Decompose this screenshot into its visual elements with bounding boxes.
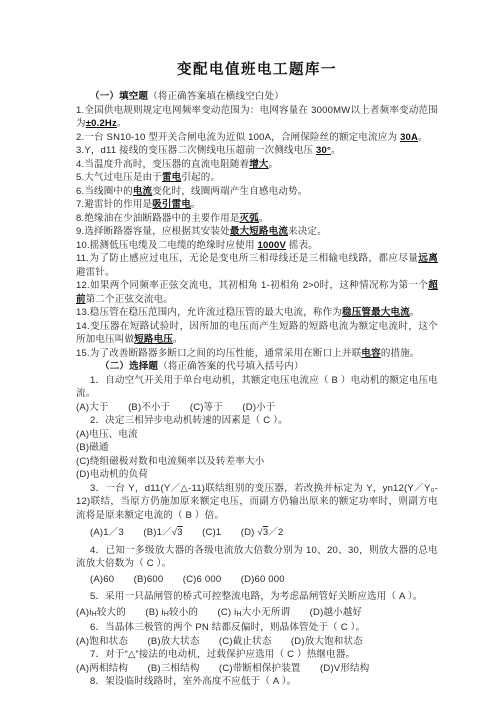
text-segment: 15.为了改善断路器多断口之间的均压性能，通常采用在断口上并联 <box>76 348 361 359</box>
text-segment: (A)60 (B)600 (C)6 000 (D)60 000 <box>90 574 285 585</box>
document-page: 变配电值班电工题库一 （一）填空题（将正确答案填在横线空白处）1.全国供电规则规… <box>0 0 500 707</box>
text-line: 9.选择断路器容量，应根据其安装处最大短路电流来决定。 <box>76 225 438 239</box>
text-segment: 3.Y，d11 接线的变压器二次侧线电压超前一次侧线电压 <box>76 145 316 156</box>
text-line: 12.如果两个同频率正弦交流电，其初相角 1-初相角 2>0时，这种情况称为第一… <box>76 279 438 306</box>
text-line: 5.大气过电压是由于雷电引起的。 <box>76 171 438 185</box>
text-line: 8.绝缘油在少油断路器中的主要作用是灭弧。 <box>76 212 438 226</box>
text-line: 15.为了改善断路器多断口之间的均压性能，通常采用在断口上并联电容的措施。 <box>76 347 438 361</box>
text-segment: (A)电压、电流 <box>76 429 138 440</box>
text-line: 7.避雷针的作用是吸引雷电。 <box>76 198 438 212</box>
text-line: 6．当晶体三极管的两个 PN 结都反偏时，则晶体管处于（ C ）。 <box>76 621 438 635</box>
text-segment: （将正确答案填在横线空白处） <box>148 91 284 102</box>
text-line: 1．自动空气开关用于单台电动机，其额定电压电流应（ B ）电动机的额定电压电流。 <box>76 374 438 401</box>
text-segment: 。 <box>410 307 420 318</box>
text-segment: 。 <box>331 145 341 156</box>
text-line: 11.为了防止感应过电压，无论是变电所三相母线还是三相输电线路，都应尽量远离避雷… <box>76 252 438 279</box>
text-line: (A)大于 (B)不小于 (C)等于 (D)小于 <box>76 401 438 415</box>
text-segment: (D)电动机的负荷 <box>76 469 148 480</box>
text-segment: 第二个正弦交流电。 <box>86 294 173 305</box>
text-line: 2．决定三相异步电动机转速的因素是（ C ）。 <box>76 414 438 428</box>
page-title: 变配电值班电工题库一 <box>76 58 438 79</box>
answer-text: 电容 <box>361 348 380 359</box>
section-multiple-choice: （二）选择题（将正确答案的代号填入括号内）1．自动空气开关用于单台电动机，其额定… <box>76 360 438 689</box>
text-segment: 。 <box>259 213 269 224</box>
answer-text: 增大 <box>249 159 268 170</box>
text-line: 3．一台 Y，d11(Y／△-11)联结组别的变压器，若改换并标定为 Y，yn1… <box>76 482 438 523</box>
answer-text: 雷电 <box>162 172 181 183</box>
text-segment: 2．决定三相异步电动机转速的因素是（ C ）。 <box>90 415 288 426</box>
section-heading: （一）填空题（将正确答案填在横线空白处） <box>76 90 438 104</box>
text-line: (A)1／3 (B)1／√3 (C)1 (D) √3／2 <box>76 526 438 540</box>
text-line: (D)电动机的负荷 <box>76 468 438 482</box>
text-segment: 摇表。 <box>286 240 318 251</box>
text-segment: 4．已知一多级放大器的各级电流放大倍数分别为 10、20、30，则放大器的总电流… <box>76 545 438 570</box>
text-segment: 14.变压器在短路试验时，因所加的电压而产生短路的短路电流为额定电流时，这个所加… <box>76 321 438 346</box>
text-segment: (A)大于 (B)不小于 (C)等于 (D)小于 <box>76 402 276 413</box>
text-segment: 8.绝缘油在少油断路器中的主要作用是 <box>76 213 240 224</box>
text-line: 4．已知一多级放大器的各级电流放大倍数分别为 10、20、30，则放大器的总电流… <box>76 544 438 571</box>
text-segment: 6.当线圈中的 <box>76 186 133 197</box>
text-segment: 6．当晶体三极管的两个 PN 结都反偏时，则晶体管处于（ C ）。 <box>90 622 365 633</box>
text-segment: ／2 <box>268 527 283 538</box>
answer-text: 30° <box>316 145 331 156</box>
text-line: 6.当线圈中的电流变化时，线圈两端产生自感电动势。 <box>76 185 438 199</box>
text-line: 1.全国供电规则规定电网频率变动范围为：电网容量在 3000MW以上者频率变动范… <box>76 104 438 131</box>
text-segment: 。 <box>269 159 279 170</box>
text-line: 2.一台 SN10-10 型开关合闸电流为近似 100A，合闸保险丝的额定电流应… <box>76 131 438 145</box>
text-segment: 。 <box>191 199 201 210</box>
text-line: (A)60 (B)600 (C)6 000 (D)60 000 <box>76 573 438 587</box>
answer-text: 远离 <box>418 253 438 264</box>
text-segment: 1．自动空气开关用于单台电动机，其额定电压电流应（ B ）电动机的额定电压电流。 <box>76 375 438 400</box>
text-line: (A)两相结构 (B)三相结构 (C)带断相保护装置 (D)V形结构 <box>76 662 438 676</box>
text-segment: （将正确答案的代号填入括号内） <box>158 361 304 372</box>
text-segment: 1.全国供电规则规定电网频率变动范围为：电网容量在 3000MW以上者频率变动范… <box>76 105 438 130</box>
text-segment: 9.选择断路器容量，应根据其安装处 <box>76 226 230 237</box>
text-line: 3.Y，d11 接线的变压器二次侧线电压超前一次侧线电压 30°。 <box>76 144 438 158</box>
text-segment: (C)绕组磁极对数和电流频率以及转差率大小 <box>76 456 264 467</box>
text-line: (A)iH较大的 (B) iH较小的 (C) iH大小无所谓 (D)越小越好 <box>76 606 438 622</box>
text-segment: 大小无所谓 (D)越小越好 <box>242 607 363 618</box>
text-line: 13.稳压管在稳压范围内，允许流过稳压管的最大电流，称作为稳压管最大电流。 <box>76 306 438 320</box>
text-segment: 7.避雷针的作用是 <box>76 199 152 210</box>
text-line: (B)磁通 <box>76 441 438 455</box>
text-segment: 10.摇测低压电缆及二电缆的绝缘时应使用 <box>76 240 258 251</box>
text-segment: (A)1／3 (B)1／√ <box>90 527 177 538</box>
text-segment: 8．架设临时线路时，室外高度不应低于（ A ）。 <box>90 676 296 687</box>
document-body: （一）填空题（将正确答案填在横线空白处）1.全国供电规则规定电网频率变动范围为：… <box>76 90 438 689</box>
text-segment: 。 <box>117 118 127 129</box>
answer-text: 吸引雷电 <box>152 199 191 210</box>
text-line: 10.摇测低压电缆及二电缆的绝缘时应使用 1000V 摇表。 <box>76 239 438 253</box>
text-segment: 3．一台 Y，d11(Y／△-11)联结组别的变压器，若改换并标定为 Y，yn1… <box>76 483 438 521</box>
text-segment: 4.当温度升高时，变压器的直流电阻随着 <box>76 159 249 170</box>
text-segment: 较小的 (C) i <box>169 607 236 618</box>
text-line: 4.当温度升高时，变压器的直流电阻随着增大。 <box>76 158 438 172</box>
text-segment: (A)i <box>76 607 92 618</box>
text-segment: (B)磁通 <box>76 442 109 453</box>
text-line: (C)绕组磁极对数和电流频率以及转差率大小 <box>76 455 438 469</box>
text-segment: 引起的。 <box>181 172 220 183</box>
answer-text: 电流 <box>133 186 152 197</box>
text-segment: 较大的 (B) i <box>97 607 164 618</box>
answer-text: 短路电压 <box>134 334 173 345</box>
answer-text: 30A <box>400 132 418 143</box>
text-line: 5．采用一只晶闸管的桥式可控整流电路，为考虑晶闸管好关断应选用（ A ）。 <box>76 590 438 604</box>
text-segment: (A)两相结构 (B)三相结构 (C)带断相保护装置 (D)V形结构 <box>76 663 369 674</box>
text-segment: 2.一台 SN10-10 型开关合闸电流为近似 100A，合闸保险丝的额定电流应… <box>76 132 400 143</box>
text-segment: 。 <box>418 132 428 143</box>
answer-text: 最大短路电流 <box>230 226 288 237</box>
text-segment: (C)1 (D) √ <box>183 527 263 538</box>
text-segment: 5．采用一只晶闸管的桥式可控整流电路，为考虑晶闸管好关断应选用（ A ）。 <box>90 591 423 602</box>
section-heading: （二）选择题（将正确答案的代号填入括号内） <box>76 360 438 374</box>
answer-text: （一）填空题 <box>90 91 148 102</box>
answer-text: 1000V <box>258 240 286 251</box>
text-line: 7．对于“△”接法的电动机，过载保护应选用（ C ）热继电器。 <box>76 648 438 662</box>
text-line: 14.变压器在短路试验时，因所加的电压而产生短路的短路电流为额定电流时，这个所加… <box>76 320 438 347</box>
text-line: (A)饱和状态 (B)放大状态 (C)截止状态 (D)放大饱和状态 <box>76 635 438 649</box>
text-segment: 11.为了防止感应过电压，无论是变电所三相母线还是三相输电线路，都应尽量 <box>76 253 418 264</box>
text-segment: 7．对于“△”接法的电动机，过载保护应选用（ C ）热继电器。 <box>90 649 355 660</box>
answer-text: ±0.2Hz <box>86 118 117 129</box>
answer-text: 灭弧 <box>240 213 259 224</box>
text-segment: 5.大气过电压是由于 <box>76 172 162 183</box>
section-fill-blank: （一）填空题（将正确答案填在横线空白处）1.全国供电规则规定电网频率变动范围为：… <box>76 90 438 360</box>
answer-text: 稳压管最大电流 <box>342 307 410 318</box>
text-segment: 的措施。 <box>381 348 420 359</box>
text-segment: 变化时，线圈两端产生自感电动势。 <box>152 186 307 197</box>
answer-text: （二）选择题 <box>100 361 158 372</box>
text-segment: 来决定。 <box>288 226 327 237</box>
text-segment: (A)饱和状态 (B)放大状态 (C)截止状态 (D)放大饱和状态 <box>76 636 363 647</box>
text-segment: 。 <box>173 334 183 345</box>
text-line: 8．架设临时线路时，室外高度不应低于（ A ）。 <box>76 675 438 689</box>
text-segment: 12.如果两个同频率正弦交流电，其初相角 1-初相角 2>0时，这种情况称为第一… <box>76 280 428 291</box>
text-segment: 13.稳压管在稳压范围内，允许流过稳压管的最大电流，称作为 <box>76 307 342 318</box>
text-segment: 避雷针。 <box>76 267 115 278</box>
text-line: (A)电压、电流 <box>76 428 438 442</box>
